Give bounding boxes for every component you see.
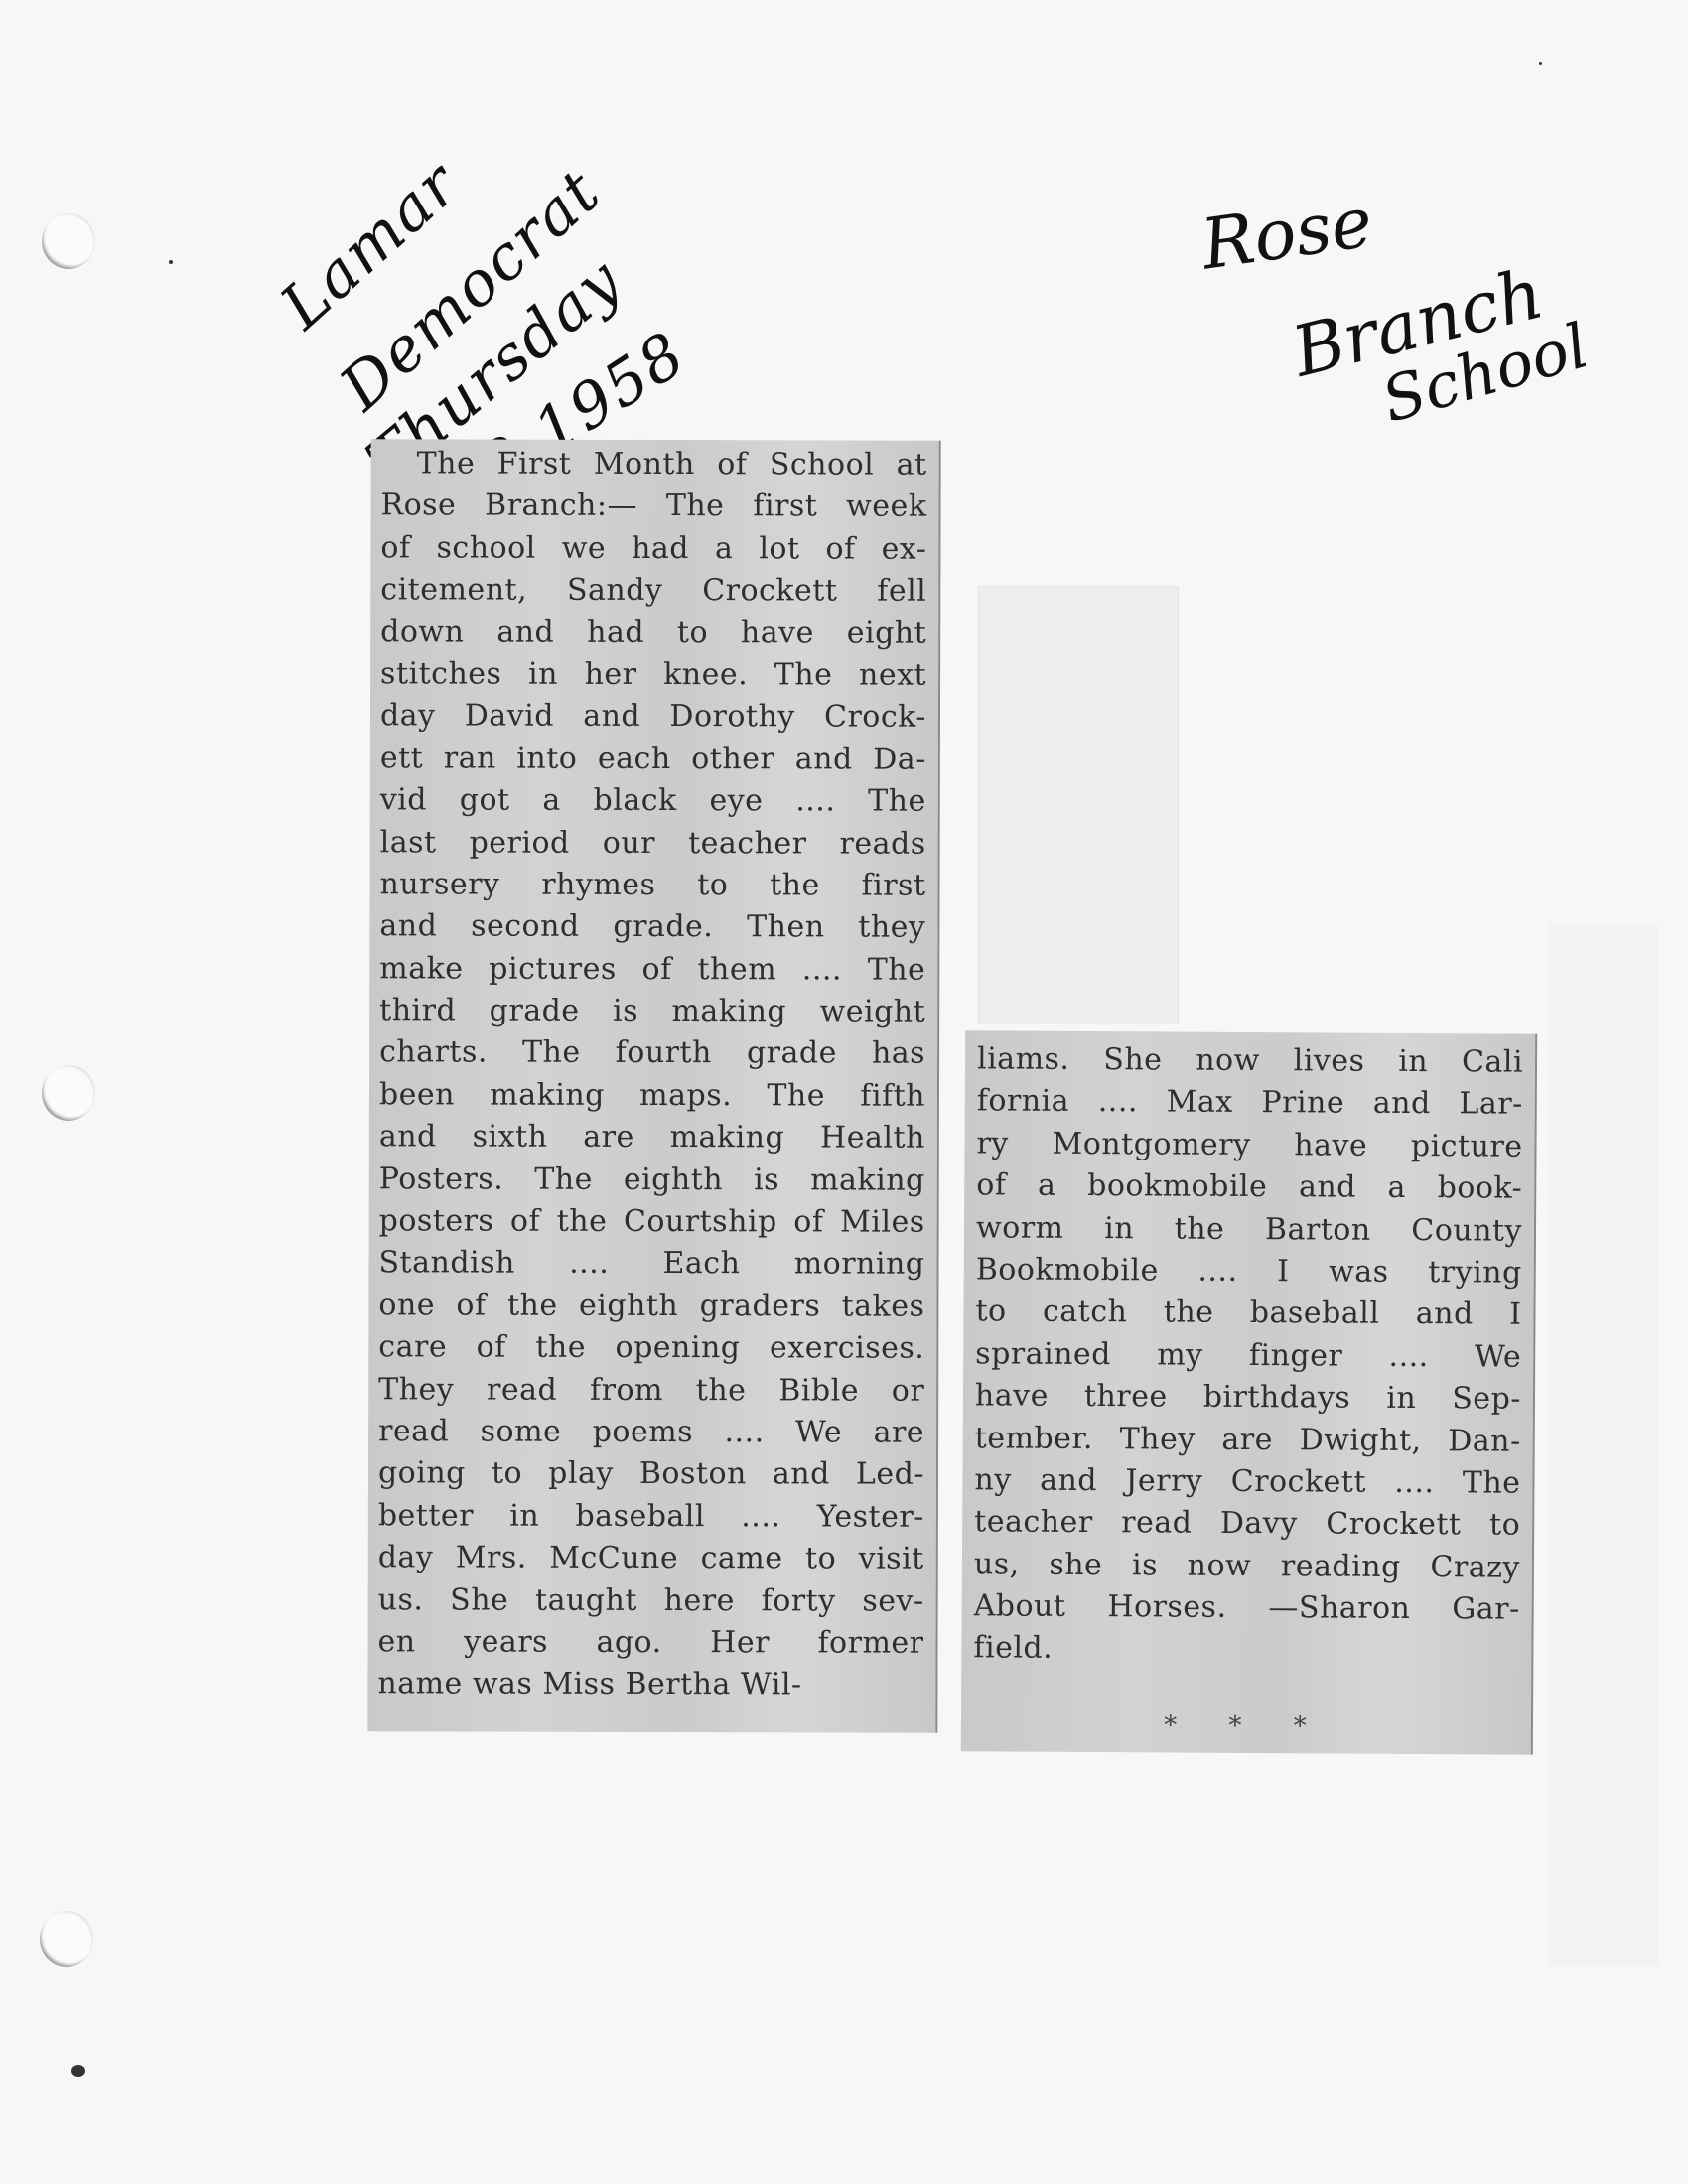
article-text-line: ry Montgomery have picture [976,1123,1522,1168]
article-text-line: going to play Boston and Led- [378,1453,924,1497]
article-text-line: liams. She now lives in Cali [977,1038,1523,1084]
article-text-line: Rose Branch:— The first week [380,485,926,529]
article-text-line: read some poems .... We are [378,1411,924,1454]
article-text-line: fornia .... Max Prine and Lar- [977,1081,1523,1127]
article-text-line: ett ran into each other and Da- [380,738,926,781]
punch-hole-middle [42,1065,95,1121]
article-text-line: en years ago. Her former [377,1621,923,1665]
article-text-line: and sixth are making Health [379,1117,925,1160]
bleed-through-shadow [1549,923,1658,1966]
article-text-line: down and had to have eight [380,612,926,655]
article-text-line: The First Month of School at [381,443,927,486]
article-text-line: posters of the Courtship of Miles [379,1200,925,1244]
article-text-line: have three birthdays in Sep- [975,1375,1521,1421]
article-text-line: nursery rhymes to the first [379,864,925,907]
article-text-line: to catch the baseball and I [975,1292,1521,1337]
article-text-line: charts. The fourth grade has [379,1032,925,1076]
article-text-line: better in baseball .... Yester- [378,1495,924,1539]
punch-hole-top [42,213,95,269]
article-text-line: make pictures of them .... The [379,948,925,992]
article-text-line: tember. They are Dwight, Dan- [975,1418,1521,1463]
section-separator: * * * [973,1709,1519,1742]
article-text-line: vid got a black eye .... The [380,779,926,823]
article-text-line: us, she is now reading Crazy [974,1544,1520,1589]
article-text-line: one of the eighth graders takes [378,1285,924,1328]
article-text-line: teacher read Davy Crockett to [974,1502,1520,1548]
article-text-line: been making maps. The fifth [379,1074,925,1118]
article-text-line: worm in the Barton County [976,1207,1522,1253]
article-text-line: About Horses. —Sharon Gar- [974,1585,1520,1631]
handwritten-line: Rose [1197,187,1376,279]
article-text-line: name was Miss Bertha Wil- [377,1664,923,1707]
article-text-line: Standish .... Each morning [378,1243,924,1287]
scan-speck [1539,62,1542,65]
newspaper-clipping-column-2: liams. She now lives in California .... … [961,1030,1537,1755]
article-text-line: Posters. The eighth is making [379,1159,925,1202]
article-text-line: field. [973,1628,1519,1674]
article-text-line: day Mrs. McCune came to visit [378,1537,924,1580]
article-text-line: day David and Dorothy Crock- [380,696,926,740]
article-text-line: citement, Sandy Crockett fell [380,569,926,613]
newspaper-clipping-column-1: The First Month of School atRose Branch:… [367,439,940,1732]
article-text-line: care of the opening exercises. [378,1326,924,1370]
scan-speck [71,2065,85,2077]
article-text-line: of a bookmobile and a book- [976,1164,1522,1210]
article-text-line: third grade is making weight [379,990,925,1033]
article-text-line: us. She taught here forty sev- [378,1579,924,1623]
handwritten-publication-note: Lamar Democrat Thursday 10/2-1958 [248,94,582,341]
article-text-line: Bookmobile .... I was trying [976,1249,1522,1295]
article-text-line: They read from the Bible or [378,1369,924,1413]
article-text-line: of school we had a lot of ex- [380,527,926,571]
bleed-through-shadow [978,586,1179,1024]
article-text-line: last period our teacher reads [380,822,926,866]
article-text-line: sprained my finger .... We [975,1333,1521,1379]
article-text-line: stitches in her knee. The next [380,653,926,697]
punch-hole-bottom [40,1911,93,1967]
article-text-line: ny and Jerry Crockett .... The [974,1459,1520,1505]
scan-speck [169,260,173,264]
article-text-line: and second grade. Then they [379,906,925,950]
